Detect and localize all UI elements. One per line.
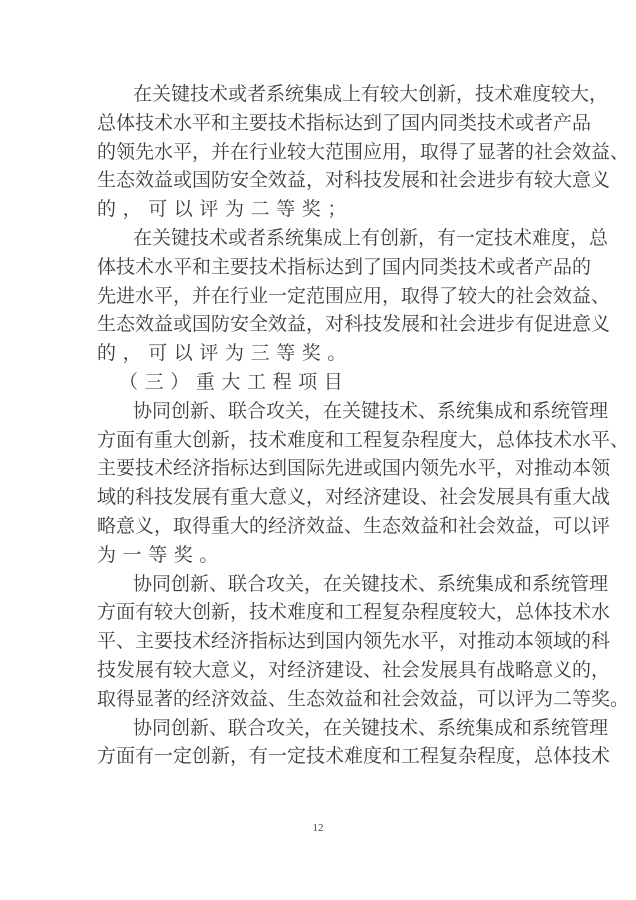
- paragraph-line: 取得显著的经济效益、生态效益和社会效益，可以评为二等奖。: [97, 685, 553, 714]
- paragraph-line: 协同创新、联合攻关，在关键技术、系统集成和系统管理: [97, 570, 553, 599]
- paragraph-line: 方面有重大创新，技术难度和工程复杂程度大，总体技术水平、: [97, 426, 553, 455]
- paragraph-line: 总体技术水平和主要技术指标达到了国内同类技术或者产品: [97, 109, 553, 138]
- paragraph-line: 的领先水平，并在行业较大范围应用，取得了显著的社会效益、: [97, 138, 553, 167]
- document-body: 在关键技术或者系统集成上有较大创新，技术难度较大， 总体技术水平和主要技术指标达…: [97, 80, 553, 771]
- paragraph-line: 技发展有较大意义，对经济建设、社会发展具有战略意义的，: [97, 656, 553, 685]
- paragraph-line: 主要技术经济指标达到国际先进或国内领先水平，对推动本领: [97, 454, 553, 483]
- section-heading: （三）重大工程项目: [97, 368, 553, 397]
- paragraph-line: 在关键技术或者系统集成上有较大创新，技术难度较大，: [97, 80, 553, 109]
- paragraph-line: 域的科技发展有重大意义，对经济建设、社会发展具有重大战: [97, 483, 553, 512]
- paragraph-line: 先进水平，并在行业一定范围应用，取得了较大的社会效益、: [97, 282, 553, 311]
- paragraph-line: 在关键技术或者系统集成上有创新，有一定技术难度，总: [97, 224, 553, 253]
- document-page: 在关键技术或者系统集成上有较大创新，技术难度较大， 总体技术水平和主要技术指标达…: [0, 0, 636, 900]
- paragraph-line: 的，可以评为二等奖；: [97, 195, 553, 224]
- paragraph-line: 的，可以评为三等奖。: [97, 339, 553, 368]
- paragraph-line: 协同创新、联合攻关，在关键技术、系统集成和系统管理: [97, 397, 553, 426]
- paragraph-line: 方面有一定创新，有一定技术难度和工程复杂程度，总体技术: [97, 742, 553, 771]
- paragraph-line: 为一等奖。: [97, 541, 553, 570]
- paragraph-line: 生态效益或国防安全效益，对科技发展和社会进步有促进意义: [97, 310, 553, 339]
- paragraph-line: 略意义，取得重大的经济效益、生态效益和社会效益，可以评: [97, 512, 553, 541]
- paragraph-line: 协同创新、联合攻关，在关键技术、系统集成和系统管理: [97, 714, 553, 743]
- paragraph-line: 体技术水平和主要技术指标达到了国内同类技术或者产品的: [97, 253, 553, 282]
- paragraph-line: 方面有较大创新，技术难度和工程复杂程度较大，总体技术水: [97, 598, 553, 627]
- paragraph-line: 生态效益或国防安全效益，对科技发展和社会进步有较大意义: [97, 166, 553, 195]
- page-number: 12: [0, 822, 636, 834]
- paragraph-line: 平、主要技术经济指标达到国内领先水平，对推动本领域的科: [97, 627, 553, 656]
